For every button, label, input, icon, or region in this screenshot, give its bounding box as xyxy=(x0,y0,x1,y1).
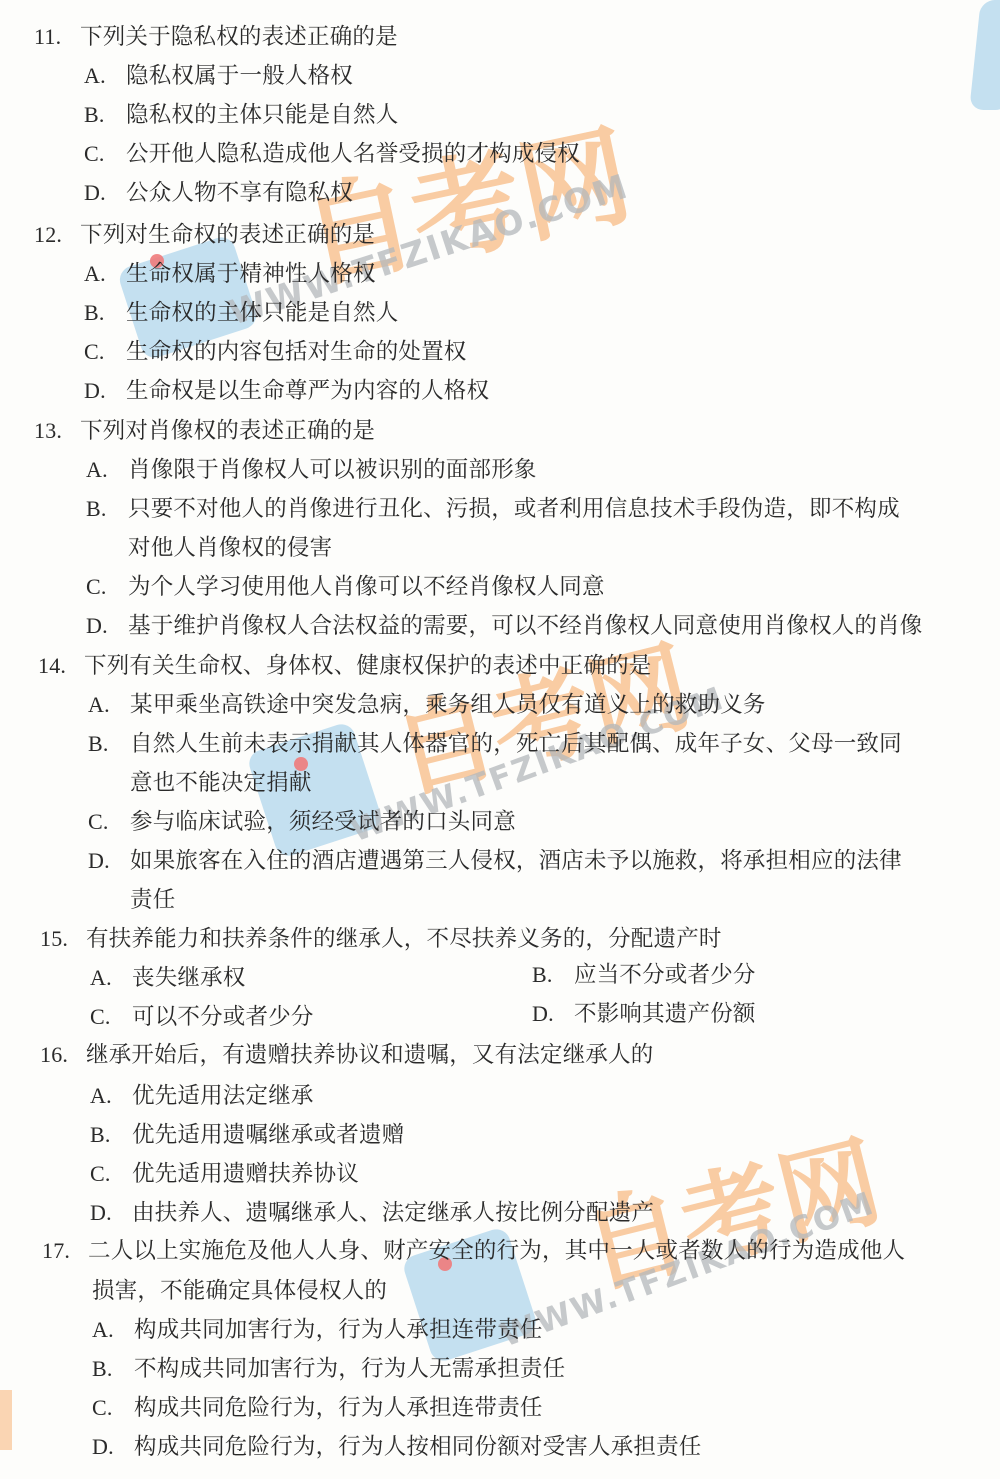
question-number: 16. xyxy=(40,1040,86,1070)
option-text: 可以不分或者少分 xyxy=(132,1004,314,1030)
option-text: 公众人物不享有隐私权 xyxy=(126,180,353,206)
option-text: 优先适用遗嘱继承或者遗赠 xyxy=(132,1122,404,1148)
option-label: D. xyxy=(88,846,130,876)
option-label: D. xyxy=(84,178,126,208)
option-label: C. xyxy=(86,572,128,602)
option-12-b[interactable]: B.生命权的主体只能是自然人 xyxy=(84,298,398,328)
option-label: A. xyxy=(90,963,132,993)
question-number: 13. xyxy=(34,416,80,446)
watermark-logo-top-right xyxy=(969,0,1000,110)
question-13-stem: 13.下列对肖像权的表述正确的是 xyxy=(34,416,375,446)
option-text: 生命权属于精神性人格权 xyxy=(126,261,376,287)
option-label: C. xyxy=(88,807,130,837)
question-number: 14. xyxy=(38,651,84,681)
option-15-b[interactable]: B.应当不分或者少分 xyxy=(532,960,756,990)
option-16-d[interactable]: D.由扶养人、遗嘱继承人、法定继承人按比例分配遗产 xyxy=(90,1198,654,1228)
option-text-continued: 对他人肖像权的侵害 xyxy=(128,535,332,561)
option-13-d[interactable]: D.基于维护肖像权人合法权益的需要，可以不经肖像权人同意使用肖像权人的肖像 xyxy=(86,611,923,641)
exam-page: 自考网 WWW.TFZIKAO.COM 自考网 WWW.TFZIKAO.COM … xyxy=(0,0,1000,1479)
option-label: C. xyxy=(92,1393,134,1423)
option-label: D. xyxy=(86,611,128,641)
option-14-c[interactable]: C.参与临床试验，须经受试者的口头同意 xyxy=(88,807,516,837)
option-text: 隐私权属于一般人格权 xyxy=(126,63,353,89)
option-15-d[interactable]: D.不影响其遗产份额 xyxy=(532,999,756,1029)
option-text: 某甲乘坐高铁途中突发急病，乘务组人员仅有道义上的救助义务 xyxy=(130,692,766,718)
option-14-d-cont: 责任 xyxy=(130,885,175,915)
option-11-c[interactable]: C.公开他人隐私造成他人名誉受损的才构成侵权 xyxy=(84,139,580,169)
option-label: D. xyxy=(92,1432,134,1462)
option-label: A. xyxy=(86,455,128,485)
question-stem-text: 二人以上实施危及他人人身、财产安全的行为，其中一人或者数人的行为造成他人 xyxy=(88,1238,905,1264)
option-label: B. xyxy=(84,100,126,130)
option-label: B. xyxy=(86,494,128,524)
option-label: C. xyxy=(84,139,126,169)
option-14-a[interactable]: A.某甲乘坐高铁途中突发急病，乘务组人员仅有道义上的救助义务 xyxy=(88,690,766,720)
option-text: 自然人生前未表示捐献其人体器官的，死亡后其配偶、成年子女、父母一致同 xyxy=(130,731,902,757)
option-17-b[interactable]: B.不构成共同加害行为，行为人无需承担责任 xyxy=(92,1354,565,1384)
option-text: 公开他人隐私造成他人名誉受损的才构成侵权 xyxy=(126,141,580,167)
option-text: 由扶养人、遗嘱继承人、法定继承人按比例分配遗产 xyxy=(132,1200,654,1226)
option-label: A. xyxy=(92,1315,134,1345)
question-17-stem-cont: 损害，不能确定具体侵权人的 xyxy=(92,1276,387,1306)
question-number: 15. xyxy=(40,924,86,954)
question-stem-text: 下列有关生命权、身体权、健康权保护的表述中正确的是 xyxy=(84,653,652,679)
option-text: 生命权的主体只能是自然人 xyxy=(126,300,398,326)
option-label: B. xyxy=(88,729,130,759)
option-text: 构成共同危险行为，行为人承担连带责任 xyxy=(134,1395,543,1421)
option-text: 优先适用法定继承 xyxy=(132,1083,314,1109)
option-label: C. xyxy=(84,337,126,367)
question-14-stem: 14.下列有关生命权、身体权、健康权保护的表述中正确的是 xyxy=(38,651,652,681)
option-17-d[interactable]: D.构成共同危险行为，行为人按相同份额对受害人承担责任 xyxy=(92,1432,702,1462)
option-label: D. xyxy=(532,999,574,1029)
question-stem-text-continued: 损害，不能确定具体侵权人的 xyxy=(92,1278,387,1304)
question-15-stem: 15.有扶养能力和扶养条件的继承人，不尽扶养义务的，分配遗产时 xyxy=(40,924,722,954)
question-number: 12. xyxy=(34,220,80,250)
option-text-continued: 责任 xyxy=(130,887,175,913)
option-17-a[interactable]: A.构成共同加害行为，行为人承担连带责任 xyxy=(92,1315,543,1345)
option-label: C. xyxy=(90,1002,132,1032)
option-text: 只要不对他人的肖像进行丑化、污损，或者利用信息技术手段伪造，即不构成 xyxy=(128,496,900,522)
option-16-a[interactable]: A.优先适用法定继承 xyxy=(90,1081,314,1111)
question-17-stem: 17.二人以上实施危及他人人身、财产安全的行为，其中一人或者数人的行为造成他人 xyxy=(42,1236,905,1266)
option-13-a[interactable]: A.肖像限于肖像权人可以被识别的面部形象 xyxy=(86,455,537,485)
option-label: A. xyxy=(90,1081,132,1111)
option-text-continued: 意也不能决定捐献 xyxy=(130,770,312,796)
option-label: A. xyxy=(84,259,126,289)
option-text: 构成共同加害行为，行为人承担连带责任 xyxy=(134,1317,543,1343)
question-number: 11. xyxy=(34,22,80,52)
option-text: 隐私权的主体只能是自然人 xyxy=(126,102,398,128)
option-11-d[interactable]: D.公众人物不享有隐私权 xyxy=(84,178,353,208)
option-label: B. xyxy=(90,1120,132,1150)
option-label: A. xyxy=(84,61,126,91)
option-text: 如果旅客在入住的酒店遭遇第三人侵权，酒店未予以施救，将承担相应的法律 xyxy=(130,848,902,874)
option-text: 基于维护肖像权人合法权益的需要，可以不经肖像权人同意使用肖像权人的肖像 xyxy=(128,613,923,639)
option-13-c[interactable]: C.为个人学习使用他人肖像可以不经肖像权人同意 xyxy=(86,572,605,602)
watermark-edge-bottom-left xyxy=(0,1390,12,1450)
option-text: 生命权的内容包括对生命的处置权 xyxy=(126,339,467,365)
option-15-c[interactable]: C.可以不分或者少分 xyxy=(90,1002,314,1032)
option-16-c[interactable]: C.优先适用遗赠扶养协议 xyxy=(90,1159,359,1189)
option-label: C. xyxy=(90,1159,132,1189)
option-14-b-cont: 意也不能决定捐献 xyxy=(130,768,312,798)
option-text: 参与临床试验，须经受试者的口头同意 xyxy=(130,809,516,835)
option-text: 优先适用遗赠扶养协议 xyxy=(132,1161,359,1187)
option-17-c[interactable]: C.构成共同危险行为，行为人承担连带责任 xyxy=(92,1393,543,1423)
option-text: 构成共同危险行为，行为人按相同份额对受害人承担责任 xyxy=(134,1434,702,1460)
question-stem-text: 下列对生命权的表述正确的是 xyxy=(80,222,375,248)
option-12-a[interactable]: A.生命权属于精神性人格权 xyxy=(84,259,376,289)
question-number: 17. xyxy=(42,1236,88,1266)
option-16-b[interactable]: B.优先适用遗嘱继承或者遗赠 xyxy=(90,1120,404,1150)
option-13-b-cont: 对他人肖像权的侵害 xyxy=(128,533,332,563)
option-text: 不构成共同加害行为，行为人无需承担责任 xyxy=(134,1356,565,1382)
question-11-stem: 11.下列关于隐私权的表述正确的是 xyxy=(34,22,398,52)
option-11-a[interactable]: A.隐私权属于一般人格权 xyxy=(84,61,353,91)
option-text: 为个人学习使用他人肖像可以不经肖像权人同意 xyxy=(128,574,605,600)
option-14-b[interactable]: B.自然人生前未表示捐献其人体器官的，死亡后其配偶、成年子女、父母一致同 xyxy=(88,729,902,759)
question-stem-text: 下列对肖像权的表述正确的是 xyxy=(80,418,375,444)
option-12-d[interactable]: D.生命权是以生命尊严为内容的人格权 xyxy=(84,376,489,406)
option-11-b[interactable]: B.隐私权的主体只能是自然人 xyxy=(84,100,398,130)
option-label: D. xyxy=(84,376,126,406)
option-text: 肖像限于肖像权人可以被识别的面部形象 xyxy=(128,457,537,483)
option-13-b[interactable]: B.只要不对他人的肖像进行丑化、污损，或者利用信息技术手段伪造，即不构成 xyxy=(86,494,900,524)
option-label: B. xyxy=(532,960,574,990)
option-text: 生命权是以生命尊严为内容的人格权 xyxy=(126,378,489,404)
option-text: 丧失继承权 xyxy=(132,965,246,991)
question-12-stem: 12.下列对生命权的表述正确的是 xyxy=(34,220,375,250)
option-14-d[interactable]: D.如果旅客在入住的酒店遭遇第三人侵权，酒店未予以施救，将承担相应的法律 xyxy=(88,846,902,876)
option-text: 不影响其遗产份额 xyxy=(574,1001,756,1027)
question-stem-text: 继承开始后，有遗赠扶养协议和遗嘱，又有法定继承人的 xyxy=(86,1042,654,1068)
question-16-stem: 16.继承开始后，有遗赠扶养协议和遗嘱，又有法定继承人的 xyxy=(40,1040,654,1070)
option-12-c[interactable]: C.生命权的内容包括对生命的处置权 xyxy=(84,337,467,367)
option-label: A. xyxy=(88,690,130,720)
option-text: 应当不分或者少分 xyxy=(574,962,756,988)
option-label: B. xyxy=(84,298,126,328)
option-label: B. xyxy=(92,1354,134,1384)
question-stem-text: 下列关于隐私权的表述正确的是 xyxy=(80,24,398,50)
option-15-a[interactable]: A.丧失继承权 xyxy=(90,963,246,993)
question-stem-text: 有扶养能力和扶养条件的继承人，不尽扶养义务的，分配遗产时 xyxy=(86,926,722,952)
option-label: D. xyxy=(90,1198,132,1228)
